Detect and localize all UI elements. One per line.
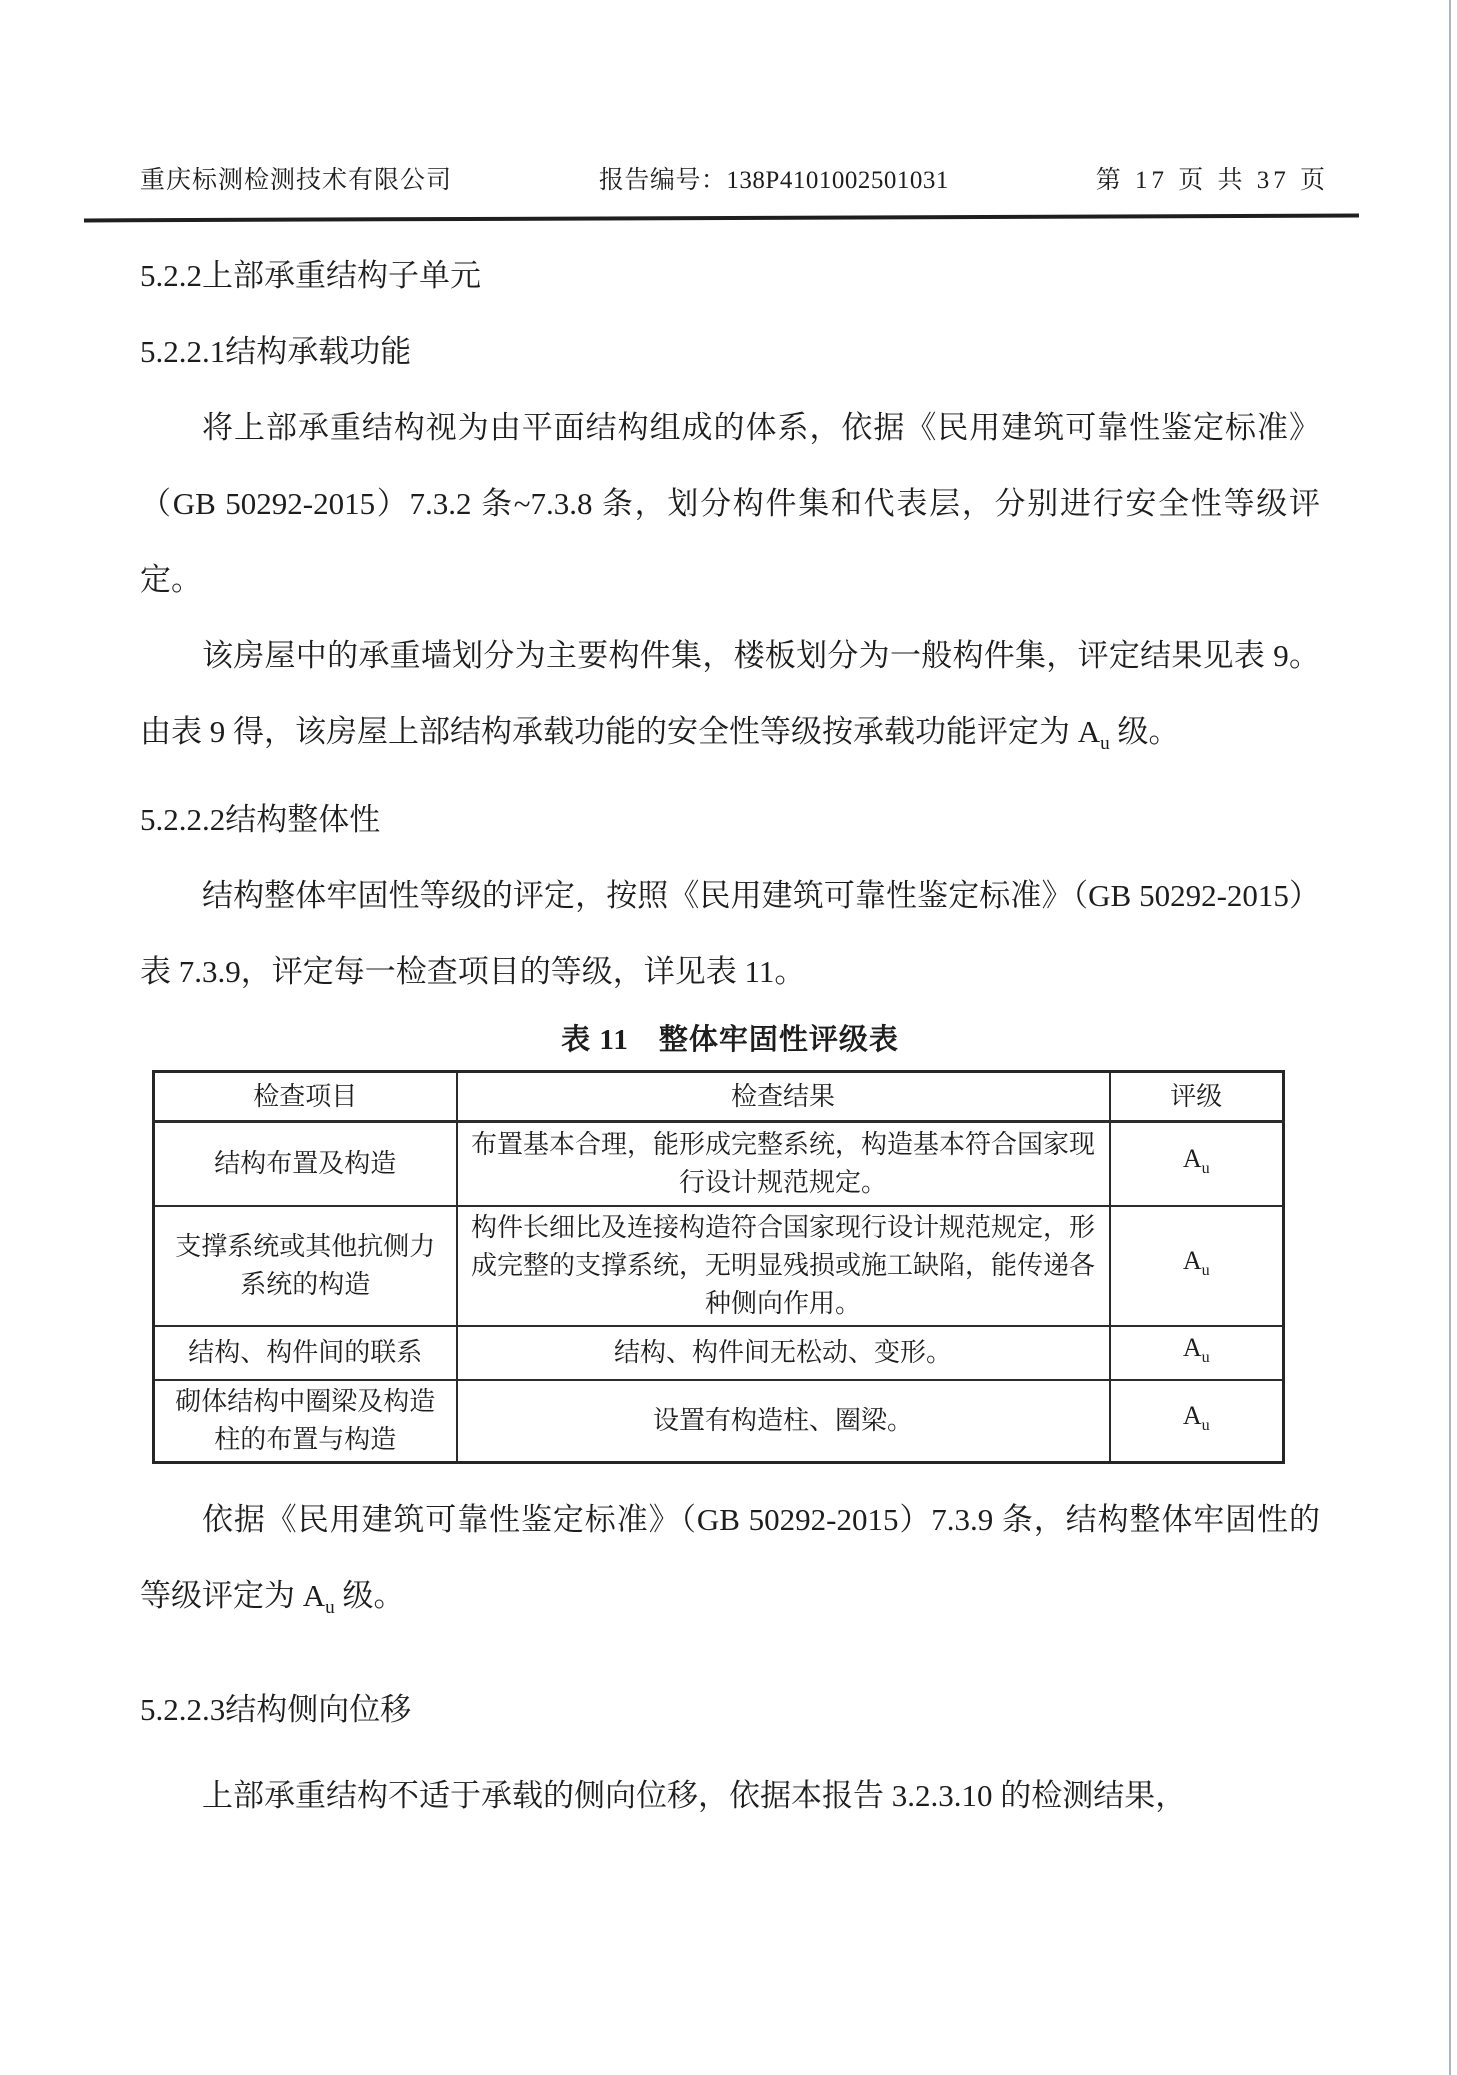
cell-check-result: 结构、构件间无松动、变形。: [457, 1326, 1110, 1380]
paragraph-integrity-conclusion-text: 依据《民用建筑可靠性鉴定标准》（GB 50292-2015）7.3.9 条，结构…: [140, 1502, 1320, 1613]
integrity-rating-table: 检查项目 检查结果 评级 结构布置及构造 布置基本合理，能形成完整系统，构造基本…: [152, 1070, 1285, 1464]
document-page: 重庆标测检测技术有限公司 报告编号：138P4101002501031 第 17…: [0, 0, 1457, 2075]
cell-check-result: 构件长细比及连接构造符合国家现行设计规范规定，形成完整的支撑系统，无明显残损或施…: [457, 1206, 1110, 1326]
paragraph-load-bearing-intro: 将上部承重结构视为由平面结构组成的体系，依据《民用建筑可靠性鉴定标准》（GB 5…: [140, 390, 1320, 618]
cell-rating: Au: [1110, 1326, 1284, 1380]
section-heading-5-2-2-2: 5.2.2.2结构整体性: [140, 782, 1320, 858]
paragraph-integrity-conclusion-tail: 级。: [335, 1578, 405, 1613]
header-page-indicator: 第 17 页 共 37 页: [1096, 160, 1329, 196]
cell-rating: Au: [1110, 1380, 1284, 1463]
rating-value: A: [1183, 1401, 1202, 1430]
table-header-row: 检查项目 检查结果 评级: [154, 1072, 1284, 1122]
cell-check-item: 支撑系统或其他抗侧力系统的构造: [154, 1206, 457, 1326]
rating-subscript: u: [1202, 1160, 1210, 1177]
rating-subscript: u: [1202, 1262, 1210, 1279]
cell-check-result: 布置基本合理，能形成完整系统，构造基本符合国家现行设计规范规定。: [457, 1122, 1110, 1206]
paragraph-integrity-intro: 结构整体牢固性等级的评定，按照《民用建筑可靠性鉴定标准》（GB 50292-20…: [140, 858, 1320, 1010]
paragraph-lateral-displacement: 上部承重结构不适于承载的侧向位移，依据本报告 3.2.3.10 的检测结果，: [140, 1758, 1320, 1834]
header-report-number: 报告编号：138P4101002501031: [599, 160, 949, 196]
table-row: 砌体结构中圈梁及构造柱的布置与构造 设置有构造柱、圈梁。 Au: [154, 1380, 1284, 1463]
report-number-label: 报告编号：: [599, 167, 727, 194]
col-header-check-item: 检查项目: [154, 1072, 457, 1122]
section-heading-5-2-2-3: 5.2.2.3结构侧向位移: [140, 1672, 1320, 1748]
rating-value: A: [1183, 1144, 1202, 1173]
header-company: 重庆标测检测技术有限公司: [140, 160, 452, 196]
table-row: 支撑系统或其他抗侧力系统的构造 构件长细比及连接构造符合国家现行设计规范规定，形…: [154, 1206, 1284, 1326]
table-row: 结构布置及构造 布置基本合理，能形成完整系统，构造基本符合国家现行设计规范规定。…: [154, 1122, 1284, 1206]
section-heading-5-2-2-1: 5.2.2.1结构承载功能: [140, 314, 1320, 390]
paragraph-integrity-conclusion: 依据《民用建筑可靠性鉴定标准》（GB 50292-2015）7.3.9 条，结构…: [140, 1482, 1320, 1646]
cell-check-item: 结构布置及构造: [154, 1122, 457, 1206]
rating-subscript: u: [1202, 1417, 1210, 1434]
paragraph-component-sets-tail: 级。: [1110, 714, 1180, 749]
table-row: 结构、构件间的联系 结构、构件间无松动、变形。 Au: [154, 1326, 1284, 1380]
cell-rating: Au: [1110, 1122, 1284, 1206]
cell-check-item: 砌体结构中圈梁及构造柱的布置与构造: [154, 1380, 457, 1463]
cell-check-item: 结构、构件间的联系: [154, 1326, 457, 1380]
rating-subscript: u: [1100, 733, 1110, 754]
page-edge-line: [1449, 0, 1451, 2075]
document-content: 5.2.2上部承重结构子单元 5.2.2.1结构承载功能 将上部承重结构视为由平…: [140, 238, 1320, 1834]
table-caption: 表 11 整体牢固性评级表: [140, 1010, 1320, 1070]
paragraph-component-sets: 该房屋中的承重墙划分为主要构件集，楼板划分为一般构件集，评定结果见表 9。由表 …: [140, 618, 1320, 782]
report-number-value: 138P4101002501031: [726, 167, 948, 194]
col-header-check-result: 检查结果: [457, 1072, 1110, 1122]
header-rule: [84, 214, 1359, 223]
rating-value: A: [1183, 1246, 1202, 1275]
rating-value: A: [1183, 1333, 1202, 1362]
cell-rating: Au: [1110, 1206, 1284, 1326]
rating-subscript: u: [1202, 1349, 1210, 1366]
col-header-rating: 评级: [1110, 1072, 1284, 1122]
rating-subscript: u: [325, 1597, 335, 1618]
page-header: 重庆标测检测技术有限公司 报告编号：138P4101002501031 第 17…: [140, 160, 1329, 196]
section-heading-5-2-2: 5.2.2上部承重结构子单元: [140, 238, 1320, 314]
cell-check-result: 设置有构造柱、圈梁。: [457, 1380, 1110, 1463]
